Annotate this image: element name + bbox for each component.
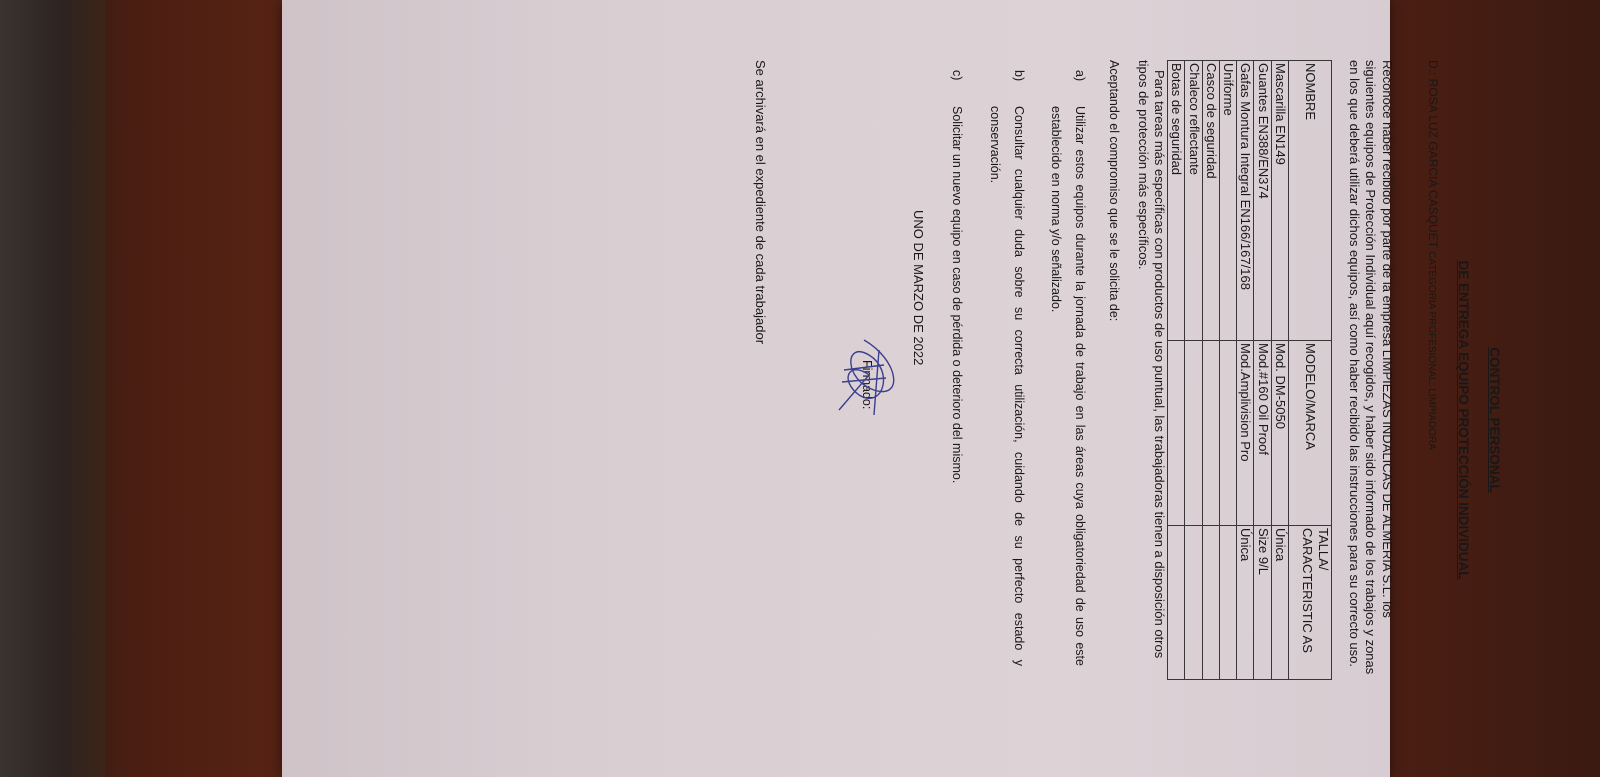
cell-nombre: Guantes EN388/EN374 (1254, 61, 1271, 341)
paper-sheet: CONTROL PERSONAL DE ENTREGA EQUIPO PROTE… (282, 0, 1390, 777)
commitment-label: c) (944, 60, 968, 106)
cell-modelo (1220, 341, 1237, 526)
table-row: Casco de seguridad (1202, 61, 1219, 680)
commitment-text: Solicitar un nuevo equipo en caso de pér… (944, 106, 968, 666)
cell-talla (1220, 526, 1237, 680)
note-paragraph: Para tareas más específicas con producto… (1135, 60, 1168, 680)
accept-intro: Aceptando el compromiso que se le solici… (1105, 60, 1121, 740)
cell-nombre: Mascarilla EN149 (1271, 61, 1288, 341)
archive-note: Se archivará en el expediente de cada tr… (752, 60, 768, 740)
table-header-row: NOMBRE MODELO/MARCA TALLA/ CARACTERISTIC… (1289, 61, 1332, 680)
document-date: UNO DE MARZO DE 2022 (910, 210, 926, 740)
commitment-item: c)Solicitar un nuevo equipo en caso de p… (944, 60, 968, 740)
commitments-list: a)Utilizar estos equipos durante la jorn… (944, 60, 1091, 740)
commitment-text: Utilizar estos equipos durante la jornad… (1044, 106, 1092, 666)
cell-modelo: Mod.#160 Oil Proof (1254, 341, 1271, 526)
commitment-item: a)Utilizar estos equipos durante la jorn… (1044, 60, 1092, 740)
cell-nombre: Botas de seguridad (1168, 61, 1185, 341)
table-row: Gafas Montura Integral EN166/167/168Mod.… (1237, 61, 1254, 680)
cell-nombre: Chaleco reflectante (1185, 61, 1202, 341)
cell-talla (1202, 526, 1219, 680)
background-dark-object (0, 0, 105, 777)
table-row: Mascarilla EN149Mod. DM-5050Única (1271, 61, 1288, 680)
commitment-text: Consultar cualquier duda sobre su correc… (982, 106, 1030, 666)
worker-name: D.: ROSA LUZ GARCIA CASQUET (1426, 60, 1440, 248)
cell-modelo: Mod.Amplivision Pro (1237, 341, 1254, 526)
cell-nombre: Uniforme (1220, 61, 1237, 341)
intro-paragraph: Reconoce haber recibido por parte de la … (1346, 60, 1395, 675)
table-row: Guantes EN388/EN374Mod.#160 Oil ProofSiz… (1254, 61, 1271, 680)
document-subtitle: DE ENTREGA EQUIPO PROTECCIÓN INDIVIDUAL (1454, 100, 1471, 740)
cell-nombre: Gafas Montura Integral EN166/167/168 (1237, 61, 1254, 341)
worker-category: CATEGORIA PROFESIONAL: LIMPIADORA (1426, 251, 1437, 450)
cell-modelo (1168, 341, 1185, 526)
signature-icon (834, 320, 904, 430)
document-title: CONTROL PERSONAL (1485, 100, 1502, 740)
worker-line: D.: ROSA LUZ GARCIA CASQUET CATEGORIA PR… (1425, 60, 1441, 740)
equipment-table: NOMBRE MODELO/MARCA TALLA/ CARACTERISTIC… (1167, 60, 1332, 680)
cell-talla: Única (1271, 526, 1288, 680)
signed-block: Firmado: (859, 360, 875, 740)
cell-talla (1185, 526, 1202, 680)
cell-modelo (1185, 341, 1202, 526)
table-row: Uniforme (1220, 61, 1237, 680)
cell-modelo (1202, 341, 1219, 526)
commitment-label: a) (1044, 60, 1092, 106)
header-nombre: NOMBRE (1289, 61, 1332, 341)
cell-talla: Size 9/L (1254, 526, 1271, 680)
commitment-item: b)Consultar cualquier duda sobre su corr… (982, 60, 1030, 740)
document-content: CONTROL PERSONAL DE ENTREGA EQUIPO PROTE… (592, 0, 1552, 760)
commitment-label: b) (982, 60, 1030, 106)
table-row: Chaleco reflectante (1185, 61, 1202, 680)
cell-talla: Única (1237, 526, 1254, 680)
table-row: Botas de seguridad (1168, 61, 1185, 680)
header-talla: TALLA/ CARACTERISTIC AS (1289, 526, 1332, 680)
cell-nombre: Casco de seguridad (1202, 61, 1219, 341)
cell-talla (1168, 526, 1185, 680)
header-modelo: MODELO/MARCA (1289, 341, 1332, 526)
cell-modelo: Mod. DM-5050 (1271, 341, 1288, 526)
